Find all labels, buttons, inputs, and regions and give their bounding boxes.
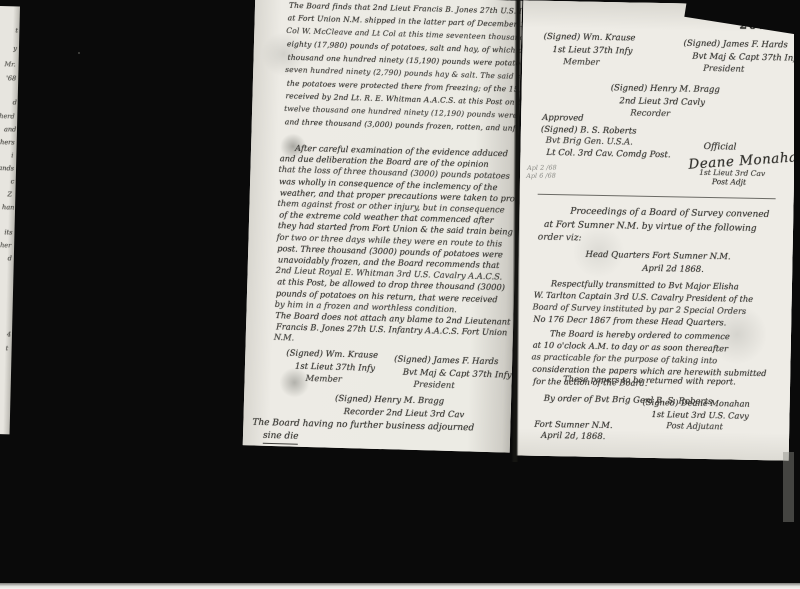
margin-text-fragment: c (11, 177, 15, 185)
margin-text-fragment: herd (0, 112, 14, 120)
margin-text-fragment: 4 (7, 330, 11, 338)
microfilm-scan-frame: tyMr.'68dherdandthersiandscZhanitsherd4t… (0, 0, 800, 589)
margin-text-fragment: Z (8, 190, 13, 198)
sine-die-text: sine die (263, 430, 299, 445)
dust-speck (78, 52, 80, 54)
signature-president: (Signed) James F. HardsBvt Maj & Capt 37… (392, 353, 512, 394)
margin-text-fragment: i (11, 151, 13, 159)
margin-text-fragment: thers (0, 138, 15, 146)
section-divider-rule (538, 194, 776, 200)
manuscript-line: President (413, 379, 510, 394)
order-paragraph-1: Respectfully transmitted to Bvt Major El… (533, 277, 753, 329)
margin-text-fragment: t (6, 344, 9, 352)
margin-text-fragment: '68 (6, 74, 16, 82)
headquarters-dateline: Head Quarters Fort Sumner N.M.April 2d 1… (584, 249, 730, 277)
manuscript-line: April 2d, 1868. (541, 430, 612, 442)
manuscript-line: Head Quarters Fort Sumner N.M. (585, 249, 730, 264)
margin-text-fragment: d (12, 98, 16, 106)
margin-text-fragment: Mr. (4, 60, 15, 68)
manuscript-line: Lt Col. 3rd Cav. Comdg Post. (546, 147, 670, 161)
film-bottom-edge (0, 583, 800, 589)
signature-member: (Signed) Wm. Krause1st Lieut 37th InfyMe… (284, 347, 377, 387)
margin-text-fragment: its (4, 228, 12, 236)
approval-block: Approved(Signed) B. S. RobertsBvt Brig G… (540, 113, 671, 161)
signature-member: (Signed) Wm. Krause1st Lieut 37th InfyMe… (542, 31, 635, 70)
manuscript-line: President (703, 63, 797, 78)
opinion-paragraph: After careful examination of the evidenc… (275, 142, 523, 351)
manuscript-line: Apl 6 /68 (526, 172, 556, 180)
pencil-marginalia: Apl 2 /68Apl 6 /68 (526, 164, 556, 180)
margin-text-fragment: t (16, 26, 19, 34)
signature-president: (Signed) James F. HardsBvt Maj & Capt 37… (682, 37, 797, 77)
signature-recorder: (Signed) Henry M. BraggRecorder 2nd Lieu… (334, 393, 465, 422)
film-right-edge (794, 0, 800, 589)
margin-text-fragment: her (0, 241, 11, 249)
fort-sumner-dateline: Fort Sumner N.M.April 2d, 1868. (533, 420, 612, 443)
manuscript-page-right: 267 (Signed) Wm. Krause1st Lieut 37th In… (515, 0, 798, 460)
margin-text-fragment: d (8, 254, 12, 262)
findings-paragraph: The Board finds that 2nd Lieut Francis B… (285, 0, 523, 138)
proceedings-heading: Proceedings of a Board of Survey convene… (539, 205, 769, 250)
previous-page-edge: tyMr.'68dherdandthersiandscZhanitsherd4t (0, 6, 20, 434)
manuscript-line: Post Adjutant (666, 420, 748, 433)
margin-text-fragment: y (13, 44, 17, 52)
adjutant-signature-block: (Signed) Deane Monahan1st Lieut 3rd U.S.… (641, 397, 749, 434)
margin-text-fragment: and (4, 125, 16, 133)
manuscript-line: April 2d 1868. (642, 262, 729, 276)
official-attestation: Official Deane Monahan 1st Lieut 3rd Cav… (688, 142, 797, 188)
margin-text-fragment: han (2, 203, 14, 211)
manuscript-page-left: The Board finds that 2nd Lieut Francis B… (243, 0, 523, 453)
adjournment-note: The Board having no further business adj… (251, 416, 474, 449)
adjutant-title: Post Adjt (712, 177, 797, 188)
manuscript-line: Member (305, 373, 375, 388)
manuscript-line: Member (563, 56, 633, 70)
margin-text-fragment: ands (0, 164, 14, 172)
